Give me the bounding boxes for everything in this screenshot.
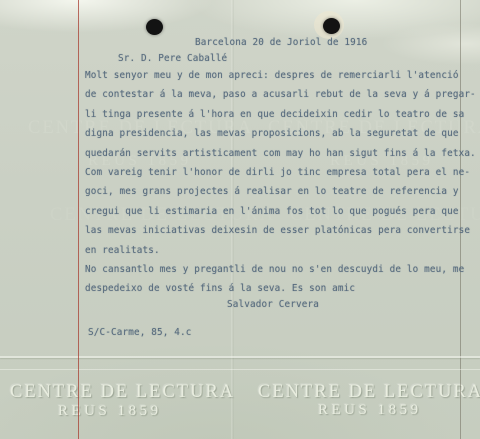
punch-hole-left — [146, 19, 163, 35]
letter-body-line: de contestar á la meva, paso a acusarli … — [85, 85, 476, 104]
letter-body-line: li tinga presente á l'hora en que decide… — [85, 105, 476, 124]
red-margin-line — [78, 0, 79, 439]
letter-body-line: digna presidencia, las mevas proposicion… — [85, 124, 476, 143]
punch-hole-right — [323, 18, 340, 34]
letter-date-line: Barcelona 20 de Joriol de 1916 — [195, 37, 367, 48]
letter-body-line: las mevas iniciativas deixesin de esser … — [85, 221, 476, 240]
watermark-reus-1859: REUS 1859 — [58, 403, 162, 420]
watermark-centre-de-lectura: CENTRE DE LECTURA — [258, 382, 480, 403]
letter-body-line: No cansantlo mes y pregantli de nou no s… — [85, 260, 476, 279]
letter-body-line: Molt senyor meu y de mon apreci: despres… — [85, 66, 476, 85]
letter-signature: Salvador Cervera — [227, 299, 319, 310]
letter-body-line: en realitats. — [85, 241, 476, 260]
letter-body-line: Com vareig tenir l'honor de dirli jo tin… — [85, 163, 476, 182]
letter-salutation: Sr. D. Pere Caballé — [118, 53, 227, 64]
letter-sender-address: S/C-Carme, 85, 4.c — [88, 327, 191, 338]
letter-body-line: quedarán servits artisticament com may h… — [85, 144, 476, 163]
horizontal-fold-crease — [0, 356, 480, 358]
watermark-centre-de-lectura: CENTRE DE LECTURA — [10, 382, 235, 403]
letter-body-line: despedeixo de vosté fins á la seva. Es s… — [85, 279, 476, 298]
letter-body-line: goci, mes grans projectes á realisar en … — [85, 182, 476, 201]
watermark-reus-1859: REUS 1859 — [318, 402, 422, 419]
letter-body: Molt senyor meu y de mon apreci: despres… — [85, 66, 476, 299]
scanned-letter-page: CENTRE DE LECTURA CENTRE DE LECTURA REUS… — [0, 0, 480, 439]
letter-body-line: cregui que li estimaria en l'ánima fos t… — [85, 202, 476, 221]
horizontal-fold-crease — [0, 369, 480, 370]
